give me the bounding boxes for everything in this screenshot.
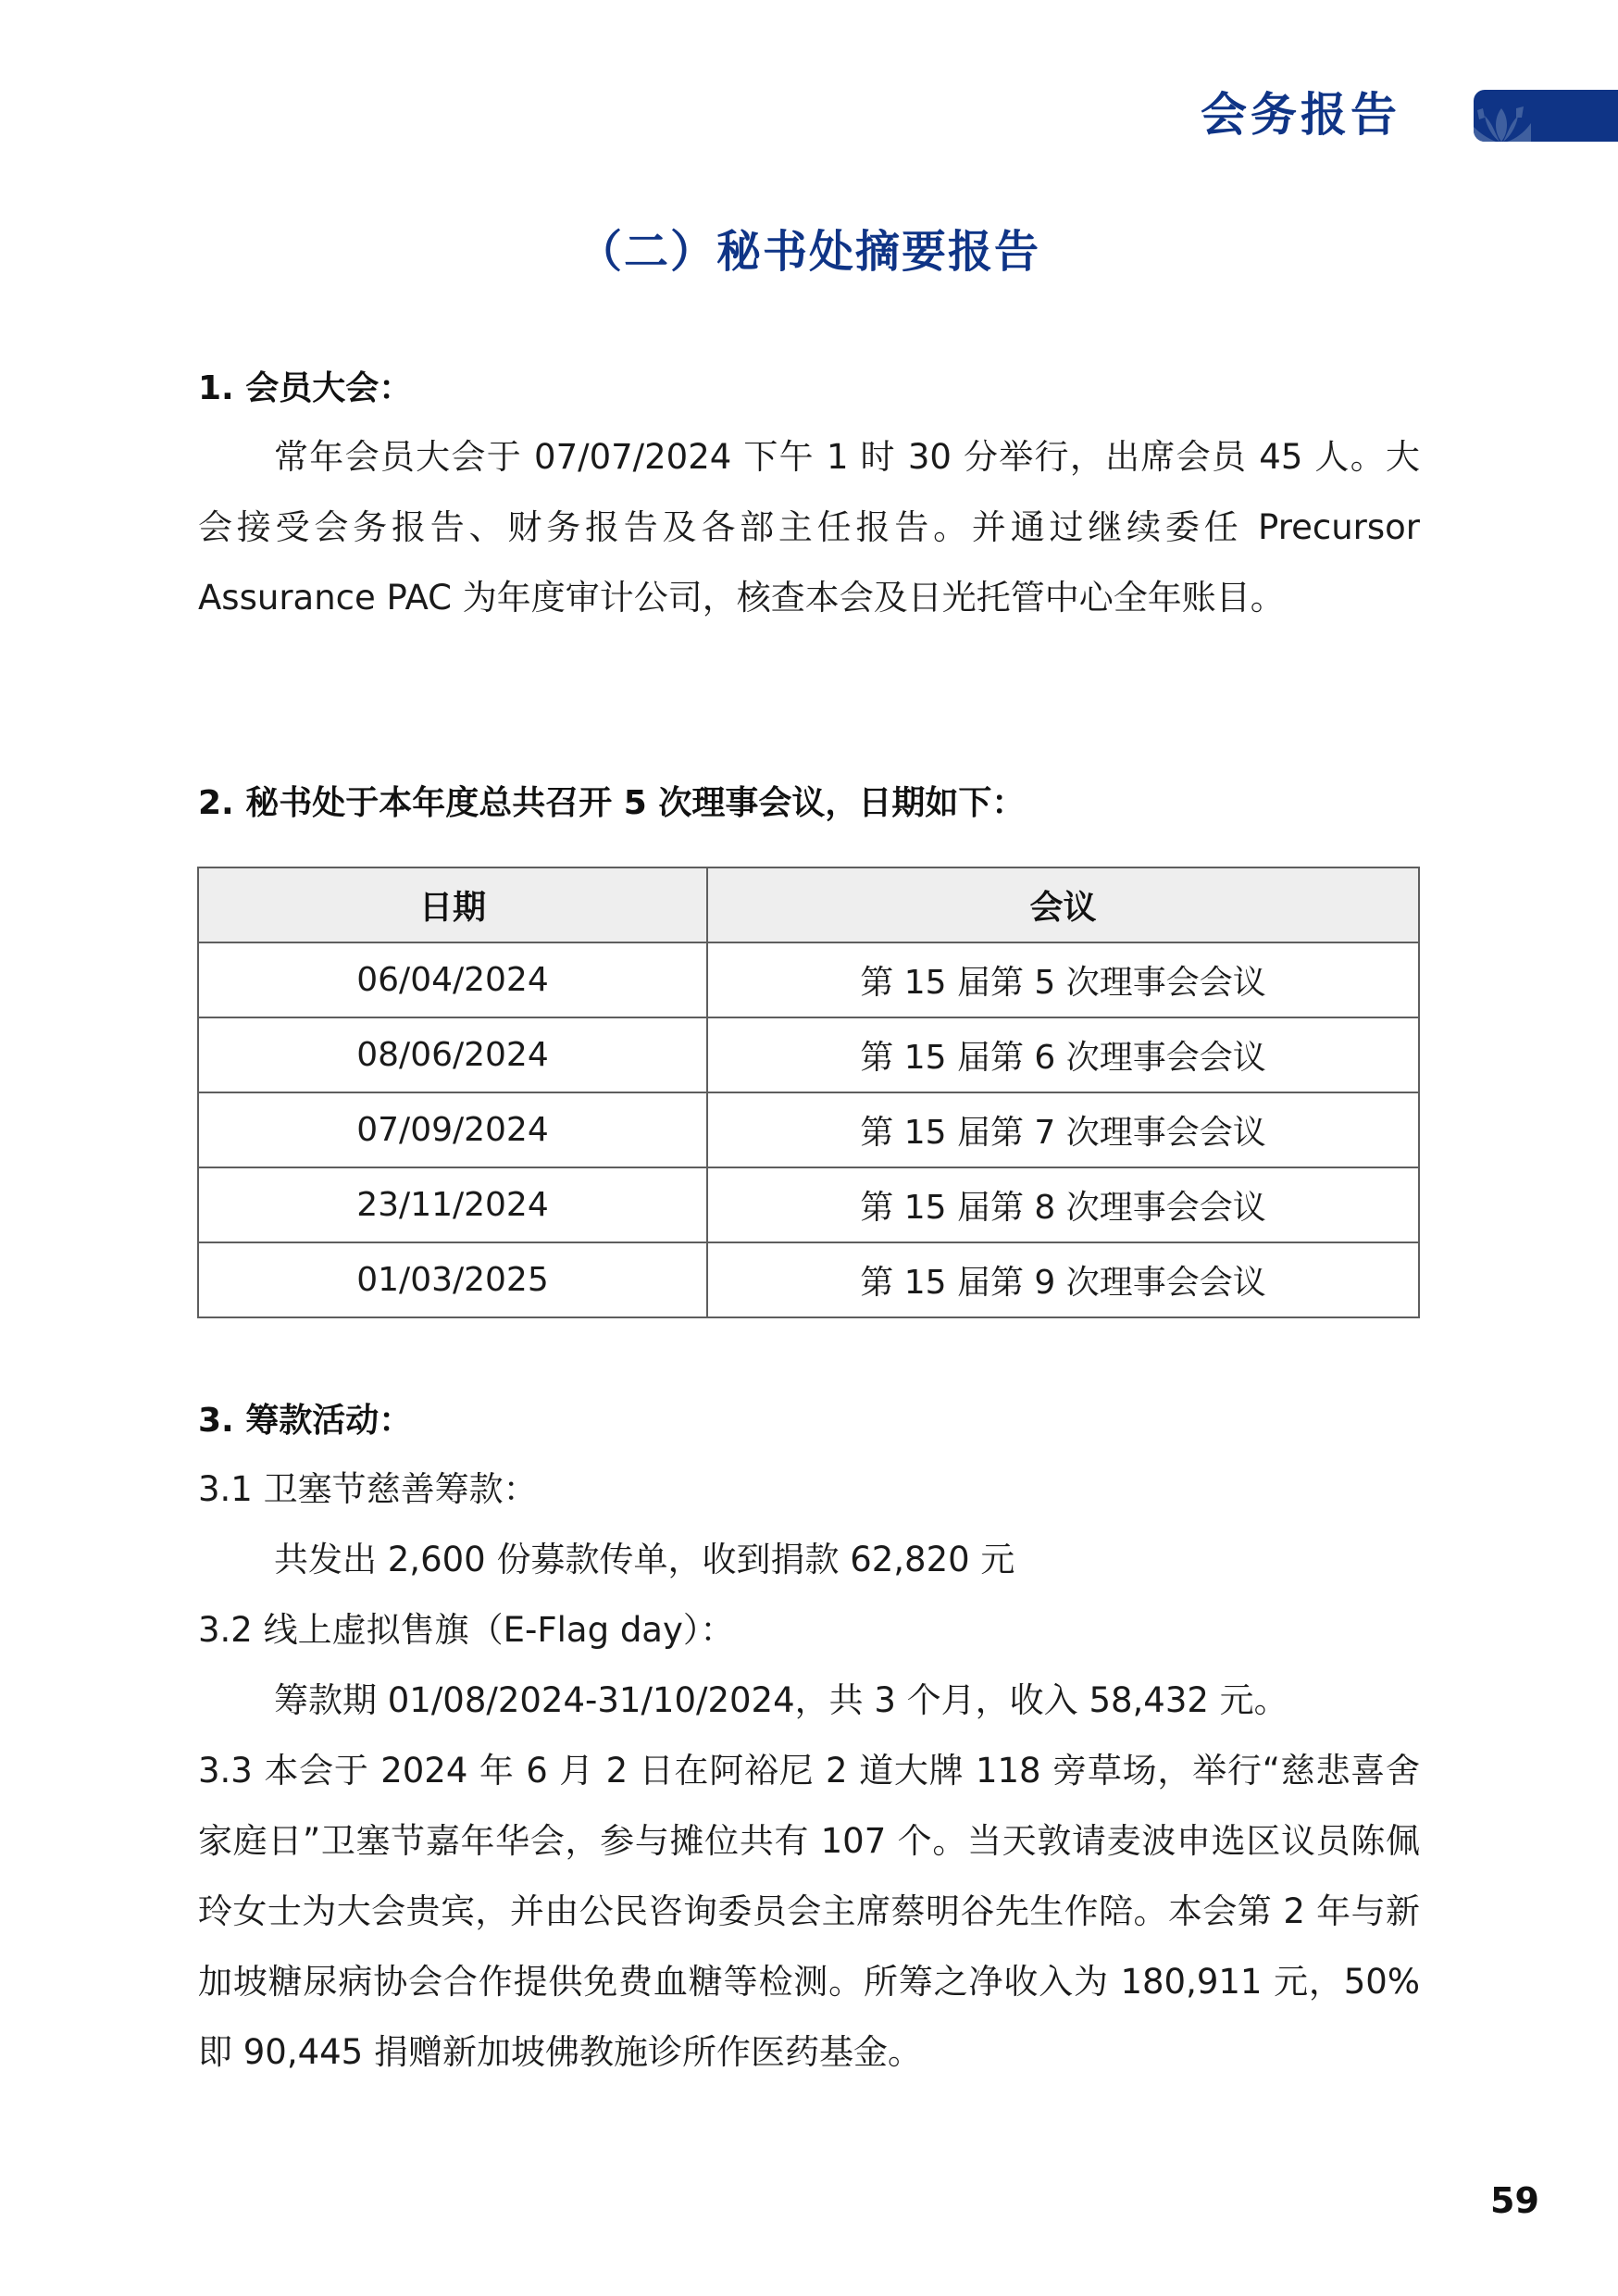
chapter-title: 会务报告: [1201, 85, 1400, 144]
table-row: 08/06/2024 第 15 届第 6 次理事会会议: [198, 1017, 1419, 1092]
table-row: 06/04/2024 第 15 届第 5 次理事会会议: [198, 942, 1419, 1017]
chapter-tab: [1474, 90, 1618, 142]
vesak-fundraising-title: 3.1 卫塞节慈善筹款：: [198, 1466, 538, 1513]
meeting-date: 06/04/2024: [198, 942, 707, 1017]
section-title: （二）秘书处摘要报告: [0, 222, 1618, 281]
meeting-name: 第 15 届第 5 次理事会会议: [707, 942, 1419, 1017]
meeting-name: 第 15 届第 8 次理事会会议: [707, 1167, 1419, 1242]
eflag-day-detail: 筹款期 01/08/2024-31/10/2024，共 3 个月，收入 58,4…: [274, 1678, 1288, 1724]
council-meetings-table: 日期 会议 06/04/2024 第 15 届第 5 次理事会会议 08/06/…: [197, 867, 1420, 1318]
meeting-date: 08/06/2024: [198, 1017, 707, 1092]
general-meeting-paragraph: 常年会员大会于 07/07/2024 下午 1 时 30 分举行，出席会员 45…: [198, 422, 1420, 633]
table-row: 01/03/2025 第 15 届第 9 次理事会会议: [198, 1242, 1419, 1317]
meeting-name: 第 15 届第 6 次理事会会议: [707, 1017, 1419, 1092]
vesak-fundraising-detail: 共发出 2,600 份募款传单，收到捐款 62,820 元: [274, 1537, 1014, 1583]
table-header-row: 日期 会议: [198, 867, 1419, 942]
column-header-date: 日期: [198, 867, 707, 942]
heading-general-meeting: 1. 会员大会：: [198, 366, 412, 412]
meeting-name: 第 15 届第 9 次理事会会议: [707, 1242, 1419, 1317]
carnival-paragraph: 3.3 本会于 2024 年 6 月 2 日在阿裕尼 2 道大牌 118 旁草场…: [198, 1736, 1420, 2088]
heading-fundraising: 3. 筹款活动：: [198, 1398, 412, 1444]
heading-council-meetings: 2. 秘书处于本年度总共召开 5 次理事会议，日期如下：: [198, 780, 1025, 827]
eflag-day-title: 3.2 线上虚拟售旗（E-Flag day）：: [198, 1607, 734, 1653]
meeting-date: 23/11/2024: [198, 1167, 707, 1242]
meeting-name: 第 15 届第 7 次理事会会议: [707, 1092, 1419, 1167]
meeting-date: 01/03/2025: [198, 1242, 707, 1317]
meeting-date: 07/09/2024: [198, 1092, 707, 1167]
column-header-meeting: 会议: [707, 867, 1419, 942]
table-row: 07/09/2024 第 15 届第 7 次理事会会议: [198, 1092, 1419, 1167]
page-number: 59: [1490, 2177, 1539, 2224]
table-row: 23/11/2024 第 15 届第 8 次理事会会议: [198, 1167, 1419, 1242]
lotus-icon: [1474, 90, 1618, 142]
